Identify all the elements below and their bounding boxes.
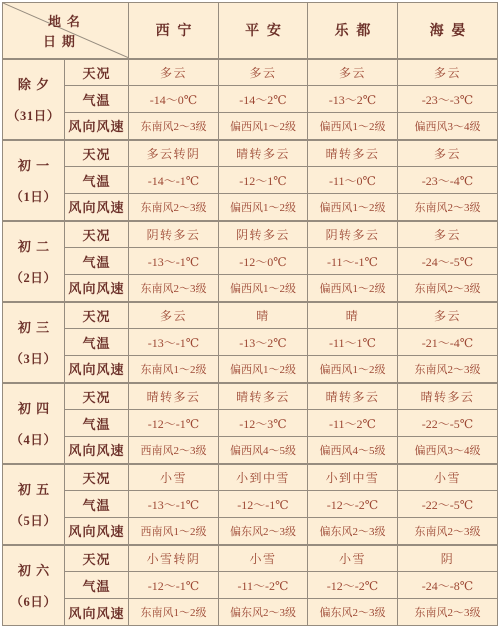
temperature-value: -12～-2℃ [308,491,398,518]
row-label: 风向风速 [65,599,129,626]
temperature-value: -11～0℃ [308,167,398,194]
wind-value: 偏西风1～2级 [308,194,398,221]
temperature-value: -24～-8℃ [398,572,498,599]
temperature-value: -12～0℃ [219,248,308,275]
column-header-label: 西宁 [156,24,199,39]
day-name: 初一 [3,155,64,174]
wind-value: 偏西风3～4级 [398,113,498,140]
wind-value: 偏西风1～2级 [219,194,308,221]
day-name: 初三 [3,317,64,336]
weather-value: 晴转多云 [129,383,219,410]
data-row: 风向风速东南风2～3级偏西风1～2级偏西风1～2级东南风2～3级 [3,275,498,302]
day-header-cell: 初二（2日） [3,221,65,302]
wind-value: 东南风2～3级 [398,518,498,545]
row-label: 风向风速 [65,113,129,140]
day-name: 初六 [3,560,64,579]
temperature-value: -14～2℃ [219,86,308,113]
weather-value: 小雪转阴 [129,545,219,572]
column-header-label: 海晏 [430,24,473,39]
temperature-value: -12～3℃ [219,410,308,437]
weather-value: 多云 [219,59,308,86]
data-row: 气温-12～-1℃-12～3℃-11～2℃-22～-5℃ [3,410,498,437]
data-row: 气温-14～-1℃-12～1℃-11～0℃-23～-4℃ [3,167,498,194]
weather-value: 阴转多云 [308,221,398,248]
data-row: 气温-14～0℃-14～2℃-13～2℃-23～-3℃ [3,86,498,113]
data-row: 初六（6日）天况小雪转阴小雪小雪阴 [3,545,498,572]
data-row: 初四（4日）天况晴转多云晴转多云晴转多云晴转多云 [3,383,498,410]
weather-value: 晴转多云 [219,383,308,410]
temperature-value: -12～-1℃ [129,572,219,599]
wind-value: 偏西风3～4级 [398,437,498,464]
weather-value: 晴 [219,302,308,329]
data-row: 风向风速西南风1～2级偏东风2～3级偏东风2～3级东南风2～3级 [3,518,498,545]
wind-value: 东南风2～3级 [129,113,219,140]
temperature-value: -22～-5℃ [398,410,498,437]
wind-value: 偏西风1～2级 [219,113,308,140]
column-header-xining: 西宁 [129,3,219,59]
temperature-value: -23～-4℃ [398,167,498,194]
data-row: 风向风速东南风1～2级偏东风2～3级偏东风2～3级东南风2～3级 [3,599,498,626]
data-row: 气温-13～-1℃-13～2℃-11～1℃-21～-4℃ [3,329,498,356]
wind-value: 东南风2～3级 [129,194,219,221]
header-row: 地名 日期 西宁 平安 乐都 海晏 [3,3,498,59]
wind-value: 东南风1～2级 [129,356,219,383]
row-label: 风向风速 [65,275,129,302]
wind-value: 东南风2～3级 [398,356,498,383]
data-row: 初二（2日）天况阴转多云阴转多云阴转多云多云 [3,221,498,248]
wind-value: 偏西风1～2级 [219,356,308,383]
day-date: （1日） [3,187,64,205]
row-label: 气温 [65,572,129,599]
temperature-value: -12～-1℃ [219,491,308,518]
weather-value: 多云 [398,221,498,248]
wind-value: 西南风2～3级 [129,437,219,464]
wind-value: 偏西风1～2级 [308,275,398,302]
temperature-value: -12～-2℃ [308,572,398,599]
weather-value: 小雪 [398,464,498,491]
temperature-value: -11～-2℃ [219,572,308,599]
weather-value: 晴转多云 [308,383,398,410]
day-name: 初四 [3,398,64,417]
row-label: 天况 [65,140,129,167]
row-label: 气温 [65,167,129,194]
day-date: （3日） [3,349,64,367]
corner-label-date: 日期 [43,31,81,50]
row-label: 天况 [65,302,129,329]
wind-value: 西南风1～2级 [129,518,219,545]
table-body: 除夕（31日）天况多云多云多云多云气温-14～0℃-14～2℃-13～2℃-23… [3,59,498,626]
row-label: 气温 [65,410,129,437]
weather-value: 多云 [398,302,498,329]
wind-value: 东南风2～3级 [129,275,219,302]
row-label: 风向风速 [65,518,129,545]
temperature-value: -21～-4℃ [398,329,498,356]
wind-value: 东南风2～3级 [398,599,498,626]
data-row: 初五（5日）天况小雪小到中雪小到中雪小雪 [3,464,498,491]
day-name: 初二 [3,236,64,255]
temperature-value: -14～-1℃ [129,167,219,194]
weather-value: 多云 [129,302,219,329]
day-header-cell: 初六（6日） [3,545,65,626]
data-row: 气温-13～-1℃-12～0℃-11～-1℃-24～-5℃ [3,248,498,275]
day-header-cell: 初四（4日） [3,383,65,464]
weather-value: 多云 [308,59,398,86]
data-row: 初一（1日）天况多云转阴晴转多云晴转多云多云 [3,140,498,167]
weather-value: 阴 [398,545,498,572]
data-row: 初三（3日）天况多云晴晴多云 [3,302,498,329]
wind-value: 偏东风2～3级 [219,599,308,626]
weather-value: 小到中雪 [219,464,308,491]
weather-value: 小雪 [308,545,398,572]
data-row: 气温-13～-1℃-12～-1℃-12～-2℃-22～-5℃ [3,491,498,518]
wind-value: 偏西风4～5级 [308,437,398,464]
column-header-pingan: 平安 [219,3,308,59]
wind-value: 偏东风2～3级 [219,518,308,545]
weather-value: 多云转阴 [129,140,219,167]
weather-value: 阴转多云 [219,221,308,248]
corner-label-place: 地名 [48,11,86,30]
wind-value: 东南风1～2级 [129,599,219,626]
wind-value: 东南风2～3级 [398,194,498,221]
temperature-value: -11～-1℃ [308,248,398,275]
weather-value: 多云 [129,59,219,86]
day-header-cell: 除夕（31日） [3,59,65,140]
day-date: （6日） [3,592,64,610]
weather-value: 多云 [398,140,498,167]
day-name: 除夕 [3,74,64,93]
temperature-value: -24～-5℃ [398,248,498,275]
day-name: 初五 [3,479,64,498]
weather-value: 晴转多云 [398,383,498,410]
temperature-value: -11～1℃ [308,329,398,356]
row-label: 天况 [65,545,129,572]
weather-value: 晴转多云 [308,140,398,167]
day-header-cell: 初三（3日） [3,302,65,383]
weather-value: 小雪 [129,464,219,491]
day-date: （4日） [3,430,64,448]
wind-value: 偏西风4～5级 [219,437,308,464]
column-header-label: 乐都 [335,24,378,39]
weather-value: 多云 [398,59,498,86]
data-row: 风向风速东南风1～2级偏西风1～2级偏西风1～2级东南风2～3级 [3,356,498,383]
wind-value: 偏西风1～2级 [219,275,308,302]
day-date: （31日） [3,106,64,124]
weather-value: 晴 [308,302,398,329]
weather-value: 小到中雪 [308,464,398,491]
day-header-cell: 初五（5日） [3,464,65,545]
wind-value: 偏东风2～3级 [308,518,398,545]
data-row: 气温-12～-1℃-11～-2℃-12～-2℃-24～-8℃ [3,572,498,599]
row-label: 气温 [65,329,129,356]
temperature-value: -23～-3℃ [398,86,498,113]
row-label: 风向风速 [65,356,129,383]
data-row: 除夕（31日）天况多云多云多云多云 [3,59,498,86]
row-label: 气温 [65,491,129,518]
row-label: 风向风速 [65,194,129,221]
day-date: （2日） [3,268,64,286]
temperature-value: -13～2℃ [219,329,308,356]
temperature-value: -12～-1℃ [129,410,219,437]
column-header-ledu: 乐都 [308,3,398,59]
data-row: 风向风速东南风2～3级偏西风1～2级偏西风1～2级偏西风3～4级 [3,113,498,140]
temperature-value: -14～0℃ [129,86,219,113]
wind-value: 偏东风2～3级 [308,599,398,626]
weather-value: 阴转多云 [129,221,219,248]
day-header-cell: 初一（1日） [3,140,65,221]
data-row: 风向风速西南风2～3级偏西风4～5级偏西风4～5级偏西风3～4级 [3,437,498,464]
wind-value: 东南风2～3级 [398,275,498,302]
temperature-value: -22～-5℃ [398,491,498,518]
row-label: 天况 [65,383,129,410]
temperature-value: -13～-1℃ [129,329,219,356]
data-row: 风向风速东南风2～3级偏西风1～2级偏西风1～2级东南风2～3级 [3,194,498,221]
temperature-value: -13～-1℃ [129,248,219,275]
row-label: 气温 [65,86,129,113]
corner-cell: 地名 日期 [3,3,129,59]
weather-forecast-page: 地名 日期 西宁 平安 乐都 海晏 除夕（31日）天况多云多云多云多云气温-14… [0,0,500,631]
row-label: 天况 [65,59,129,86]
temperature-value: -11～2℃ [308,410,398,437]
temperature-value: -12～1℃ [219,167,308,194]
row-label: 风向风速 [65,437,129,464]
weather-value: 小雪 [219,545,308,572]
column-header-haiyan: 海晏 [398,3,498,59]
row-label: 天况 [65,221,129,248]
wind-value: 偏西风1～2级 [308,356,398,383]
column-header-label: 平安 [245,24,288,39]
row-label: 气温 [65,248,129,275]
day-date: （5日） [3,511,64,529]
row-label: 天况 [65,464,129,491]
temperature-value: -13～-1℃ [129,491,219,518]
temperature-value: -13～2℃ [308,86,398,113]
weather-value: 晴转多云 [219,140,308,167]
weather-forecast-table: 地名 日期 西宁 平安 乐都 海晏 除夕（31日）天况多云多云多云多云气温-14… [2,2,498,626]
wind-value: 偏西风1～2级 [308,113,398,140]
